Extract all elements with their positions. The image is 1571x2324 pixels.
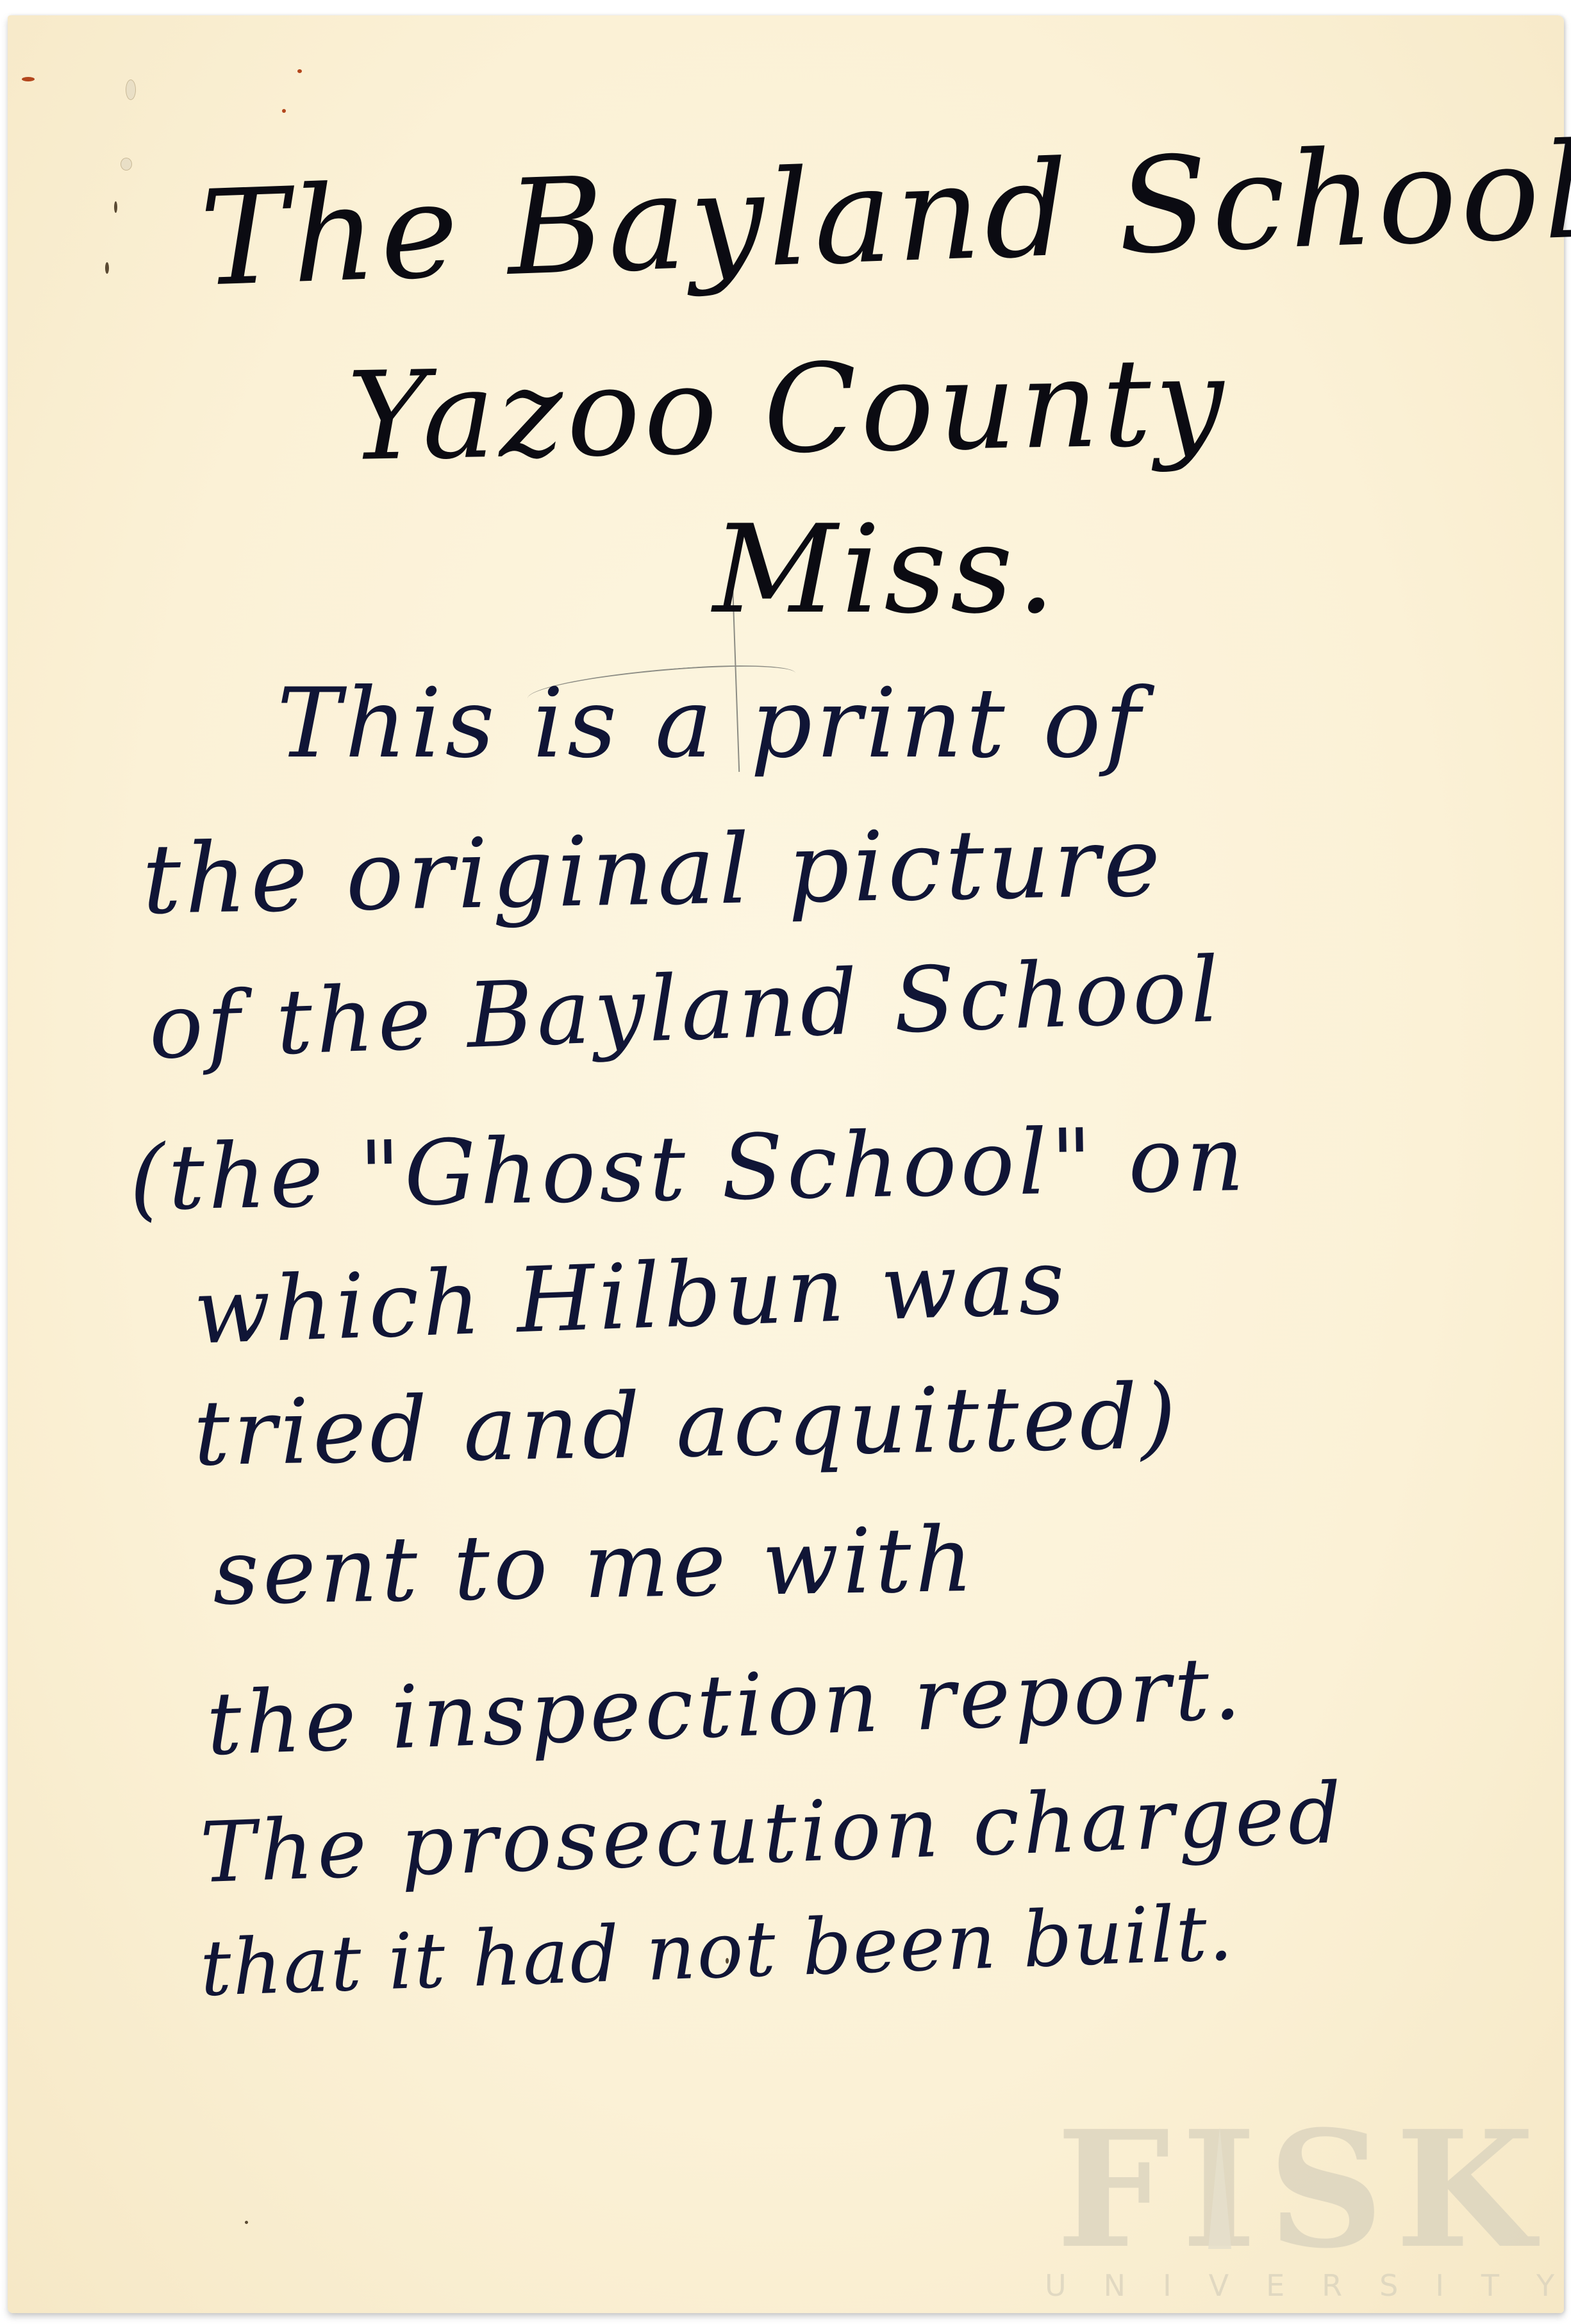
heading-line-1: The Bayland School bbox=[198, 126, 1571, 306]
body-line-5: which Hilbun was bbox=[192, 1237, 1070, 1358]
body-line-10: that it had not been built. bbox=[199, 1895, 1235, 2008]
fisk-university-watermark: FISK UNIVERSITY bbox=[1045, 2116, 1558, 2308]
body-line-4: (the "Ghost School" on bbox=[129, 1115, 1249, 1224]
body-line-2: the original picture bbox=[142, 814, 1165, 928]
dark-speck bbox=[105, 262, 109, 274]
body-line-6: tried and acquitted) bbox=[193, 1373, 1181, 1480]
dark-speck bbox=[114, 201, 117, 213]
paper-nick bbox=[126, 79, 136, 100]
dark-speck bbox=[245, 2221, 248, 2224]
chapel-spire-icon bbox=[1208, 2127, 1231, 2249]
body-line-7: sent to me with bbox=[212, 1516, 977, 1619]
watermark-subtitle: UNIVERSITY bbox=[1045, 2268, 1558, 2303]
paper-nick bbox=[121, 158, 132, 171]
watermark-title: FISK bbox=[1045, 2116, 1558, 2263]
note-card: The Bayland School Yazoo County Miss. Th… bbox=[8, 15, 1564, 2313]
rust-speck bbox=[297, 69, 302, 73]
body-line-9: The prosecution charged bbox=[199, 1771, 1347, 1894]
rust-speck bbox=[22, 77, 35, 81]
body-line-3: of the Bayland School bbox=[147, 946, 1224, 1073]
body-line-8: the inspection report. bbox=[205, 1645, 1245, 1768]
body-line-1: This is a print of bbox=[277, 676, 1144, 772]
rust-speck bbox=[282, 109, 286, 113]
heading-line-3: Miss. bbox=[713, 509, 1060, 631]
heading-line-2: Yazoo County bbox=[346, 341, 1229, 478]
